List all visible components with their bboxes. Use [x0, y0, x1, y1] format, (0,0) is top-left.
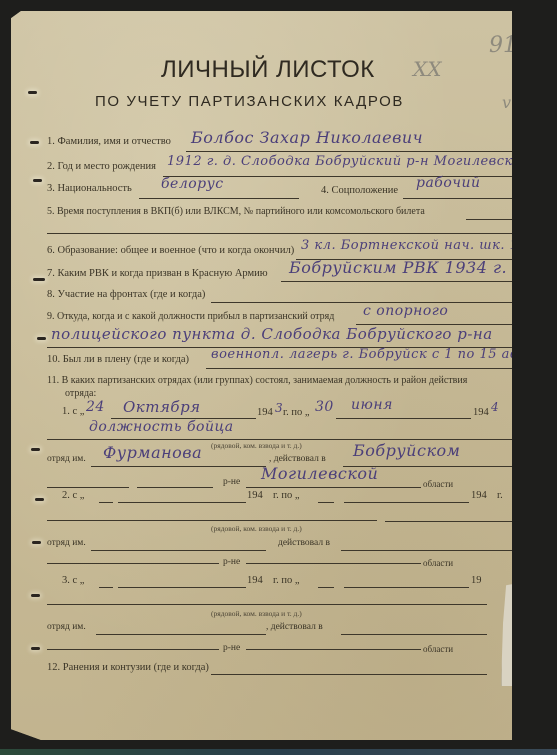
field-6-label: 6. Образование: общее и военное (что и к… — [47, 245, 294, 256]
entry-3-from-day-line — [99, 587, 113, 588]
entry-3-district-line — [341, 634, 487, 635]
entry-1-to-year-suffix[interactable]: 4 — [491, 400, 499, 414]
field-4-value[interactable]: рабочий — [416, 175, 481, 191]
entry-1-to-month[interactable]: июня — [351, 397, 393, 413]
field-4-underline — [403, 198, 512, 199]
entry-1-to-year-prefix: 194 — [473, 407, 489, 418]
entry-1-region-line — [246, 487, 421, 488]
entry-1-district-label: р-не — [223, 477, 240, 487]
entry-2-position-line-a — [47, 520, 377, 521]
archive-page-number: 91 — [489, 33, 517, 58]
field-7-value[interactable]: Бобруйским РВК 1934 г. — [289, 258, 507, 277]
title-pencil-mark: XX — [413, 57, 441, 81]
entry-1-from-month[interactable]: Октября — [123, 398, 201, 416]
entry-2-to-year-suffix: г. — [497, 490, 503, 501]
entry-2-district-label: р-не — [223, 557, 240, 567]
entry-3-to-label: г. по „ — [273, 575, 300, 586]
entry-1-position-hint: (рядовой, ком. взвода и т. д.) — [211, 441, 302, 450]
field-9-value-line-2[interactable]: полицейского пункта д. Слободка Бобруйск… — [51, 325, 493, 343]
scanner-bottom-strip — [0, 749, 557, 755]
entry-1-number: 1. с „ — [62, 406, 84, 417]
entry-2-region-label: области — [423, 558, 453, 568]
entry-2-position-hint: (рядовой, ком. взвода и т. д.) — [211, 524, 302, 533]
paper-repair-patch — [501, 581, 552, 686]
entry-1-from-year-suffix[interactable]: 3 — [275, 401, 283, 415]
field-5-underline — [466, 219, 512, 220]
entry-3-unit-line — [96, 634, 266, 635]
entry-1-from-day[interactable]: 24 — [86, 399, 105, 415]
field-9-value-line-1[interactable]: с опорного — [363, 303, 448, 319]
punch-hole — [28, 91, 37, 94]
entry-2-unit-line — [91, 550, 266, 551]
field-8-label: 8. Участие на фронтах (где и когда) — [47, 289, 205, 300]
entry-1-acted-label: , действовал в — [269, 454, 326, 464]
entry-3-district-label: р-не — [223, 643, 240, 653]
entry-2-position-line-b — [385, 521, 512, 522]
entry-3-region-label: области — [423, 644, 453, 654]
entry-1-region[interactable]: Могилевской — [261, 464, 378, 483]
entry-2-from-day-line — [99, 502, 113, 503]
punch-hole — [32, 541, 41, 544]
field-4-label: 4. Соцположение — [321, 185, 398, 196]
entry-3-position-hint: (рядовой, ком. взвода и т. д.) — [211, 609, 302, 618]
entry-2-to-year-prefix: 194 — [471, 490, 487, 501]
entry-1-to-label: г. по „ — [283, 407, 310, 418]
field-6-value[interactable]: 3 кл. Бортнекской нач. шк. 1926 г. — [301, 238, 557, 253]
field-5-continuation-line — [47, 233, 512, 234]
entry-1-unit[interactable]: Фурманова — [103, 443, 202, 462]
field-8-underline — [211, 302, 512, 303]
field-12-underline — [211, 674, 487, 675]
entry-2-from-year-prefix: 194 — [247, 490, 263, 501]
entry-3-extra-line — [47, 649, 219, 650]
entry-3-from-year-prefix: 194 — [247, 575, 263, 586]
punch-hole — [37, 337, 46, 340]
field-12-label: 12. Ранения и контузии (где и когда) — [47, 662, 209, 673]
entry-3-from-month-line — [118, 587, 246, 588]
field-10-value[interactable]: военнопл. лагерь г. Бобруйск с 1 по 15 а… — [211, 347, 557, 362]
personal-record-sheet: ЛИЧНЫЙ ЛИСТОК XX 91 ПО УЧЕТУ ПАРТИЗАНСКИ… — [11, 11, 512, 740]
entry-1-position[interactable]: должность бойца — [89, 419, 234, 435]
entry-2-to-day-line — [318, 502, 334, 503]
entry-1-unit-line — [91, 466, 266, 467]
entry-3-to-year-prefix: 19 — [471, 575, 482, 586]
field-2-label: 2. Год и место рождения — [47, 161, 156, 172]
document-subtitle: ПО УЧЕТУ ПАРТИЗАНСКИХ КАДРОВ — [95, 93, 404, 110]
field-7-label: 7. Каким РВК и когда призван в Красную А… — [47, 268, 268, 279]
entry-3-number: 3. с „ — [62, 575, 84, 586]
check-mark: v — [502, 93, 511, 112]
entry-3-position-line — [47, 604, 487, 605]
field-9-label: 9. Откуда, когда и с какой должности при… — [47, 311, 334, 322]
entry-2-to-label: г. по „ — [273, 490, 300, 501]
entry-2-unit-label: отряд им. — [47, 538, 86, 548]
entry-1-to-day[interactable]: 30 — [315, 399, 334, 415]
punch-hole — [31, 594, 40, 597]
entry-2-region-line — [246, 563, 421, 564]
entry-1-extra-line-a — [47, 487, 129, 488]
punch-hole — [35, 498, 44, 501]
entry-1-district[interactable]: Бобруйском — [353, 441, 460, 460]
entry-2-from-month-line — [118, 502, 246, 503]
entry-1-to-month-line — [336, 418, 471, 419]
entry-3-unit-label: отряд им. — [47, 622, 86, 632]
field-5-label: 5. Время поступления в ВКП(б) или ВЛКСМ,… — [47, 206, 425, 217]
field-3-underline — [139, 198, 299, 199]
field-3-label: 3. Национальность — [47, 183, 132, 194]
entry-1-position-line — [47, 439, 512, 440]
punch-hole — [30, 141, 39, 144]
entry-3-acted-label: , действовал в — [266, 622, 323, 632]
field-7-underline — [281, 281, 512, 282]
punch-hole — [33, 278, 45, 281]
entry-1-region-label: области — [423, 479, 453, 489]
entry-3-region-line — [246, 649, 421, 650]
entry-2-acted-label: действовал в — [278, 538, 330, 548]
punch-hole — [31, 647, 40, 650]
entry-2-district-line — [341, 550, 512, 551]
field-3-value[interactable]: белорус — [161, 176, 224, 192]
entry-1-unit-label: отряд им. — [47, 454, 86, 464]
field-1-underline — [186, 151, 512, 152]
entry-3-to-day-line — [318, 587, 334, 588]
entry-2-to-month-line — [344, 502, 469, 503]
entry-3-to-month-line — [344, 587, 469, 588]
field-2-value[interactable]: 1912 г. д. Слободка Бобруйский р-н Могил… — [167, 154, 557, 169]
punch-hole — [33, 179, 42, 182]
entry-1-extra-line-b — [137, 487, 213, 488]
field-1-value[interactable]: Болбос Захар Николаевич — [191, 128, 423, 147]
entry-2-extra-line — [47, 563, 219, 564]
field-1-label: 1. Фамилия, имя и отчество — [47, 136, 171, 147]
field-10-label: 10. Был ли в плену (где и когда) — [47, 354, 189, 365]
field-11-label: 11. В каких партизанских отрядах (или гр… — [47, 375, 467, 386]
punch-hole — [31, 448, 40, 451]
field-10-underline — [206, 368, 512, 369]
entry-1-from-year-prefix: 194 — [257, 407, 273, 418]
field-11-label-cont: отряда: — [65, 388, 96, 399]
document-title: ЛИЧНЫЙ ЛИСТОК — [161, 56, 375, 84]
entry-2-number: 2. с „ — [62, 490, 84, 501]
